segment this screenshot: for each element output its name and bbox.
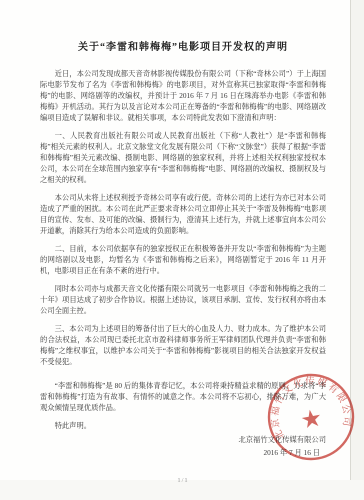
paragraph-intro: 近日，本公司发现成都天音奇林影视传媒股份有限公司（下称“奇林公司”）于上海国际电… [40, 68, 326, 123]
document-page: 关于“李雷和韩梅梅”电影项目开发权的声明 近日，本公司发现成都天音奇林影视传媒股… [0, 0, 364, 500]
paragraph-item-1: 一、人民教育出版社有限公司或人民教育出版社（下称“人教社”）是“李雷和韩梅梅”相… [40, 130, 326, 185]
signature-date: 2016 年 7 月 16 日 [40, 446, 326, 460]
paragraph-outro: “李雷和韩梅梅”是 80 后的集体青春记忆，本公司将秉持精益求精的原则，力求将“… [40, 380, 326, 413]
paragraph-item-1b: 本公司从未将上述权利授予奇林公司享有或行使。奇林公司的上述行为亦已对本公司造成了… [40, 192, 326, 236]
signature-company: 北京福竹文化传媒有限公司 [40, 433, 326, 446]
paragraph-item-3: 三、本公司为上述项目的筹备付出了巨大的心血及人力、财力成本。为了维护本公司的合法… [40, 323, 326, 367]
signature-block: 北京福竹文化传媒有限公司 2016 年 7 月 16 日 [40, 433, 326, 460]
paragraph-item-2: 二、目前，本公司依据享有的独家授权正在积极筹备并开发以“李雷和韩梅梅”为主题的网… [40, 243, 326, 276]
document-title: 关于“李雷和韩梅梅”电影项目开发权的声明 [40, 41, 326, 55]
page-number: 1/1 [40, 477, 326, 484]
paragraph-item-2b: 同时本公司亦与成都天音文化传播有限公司就另一电影项目《李雷和韩梅梅之我的二十年》… [40, 283, 326, 316]
document-content: 关于“李雷和韩梅梅”电影项目开发权的声明 近日，本公司发现成都天音奇林影视传媒股… [0, 0, 364, 484]
closing-statement: 特此声明。 [40, 420, 326, 431]
